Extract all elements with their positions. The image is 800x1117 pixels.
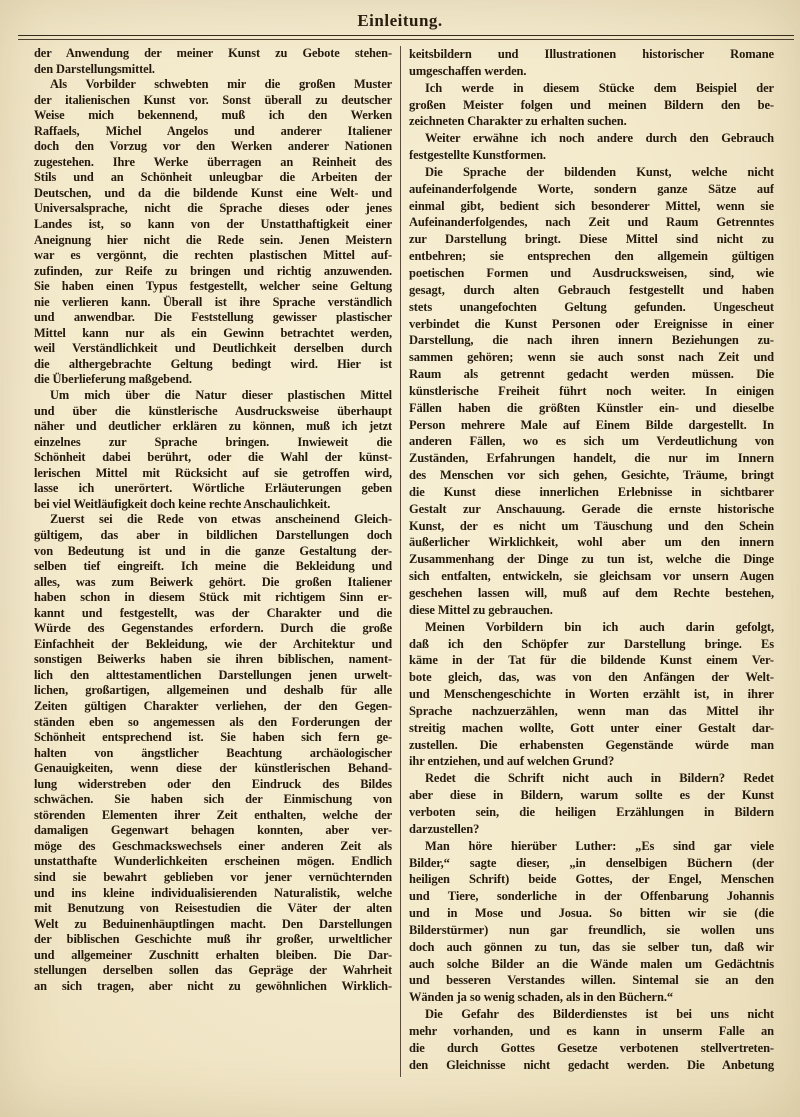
text-line: umgeschaffen werden. [409,63,774,80]
text-line: heiligen Schrift) beide Gottes, der Enge… [409,871,774,888]
text-line: Zusammenhang der Dinge zu tun ist, welch… [409,551,774,568]
text-line: Würde des Gegenstandes erfordern. Durch … [34,621,392,637]
text-line: sind sie bewahrt geblieben vor jener ver… [34,870,392,886]
text-line: der Anwendung der meiner Kunst zu Gebote… [34,46,392,62]
text-line: und besseren Verstandes willen. Sintemal… [409,972,774,989]
text-line: Fällen haben die größten Künstler ein- u… [409,400,774,417]
text-line: diese Mittel zu gebrauchen. [409,602,774,619]
text-line: der biblischen Geschichte muß ihr großer… [34,932,392,948]
text-line: künstlerische Freiheit führt noch weiter… [409,383,774,400]
text-line: die althergebrachte Geltung bedingt wird… [34,357,392,373]
text-line: lerischen Mittel mit Rücksicht auf sie g… [34,466,392,482]
text-line: darzustellen? [409,821,774,838]
text-line: aber diese in Bildern, warum sollte es d… [409,787,774,804]
text-line: Gestalt zur Anschauung. Gerade die ernst… [409,501,774,518]
text-line: zugestehen. Ihre Werke überragen an Rein… [34,155,392,171]
text-line: Die Sprache der bildenden Kunst, welche … [409,164,774,181]
text-line: zur Darstellung bringt. Diese Mittel sin… [409,231,774,248]
text-line: Welt zu Beduinenhäuptlingen macht. Den D… [34,917,392,933]
text-line: nie verlieren kann. Überall ist ihre Spr… [34,295,392,311]
text-line: Um mich über die Natur dieser plastische… [34,388,392,404]
text-line: selben tief eingreift. Ich meine die Bek… [34,559,392,575]
text-line: Universalsprache, nicht die Sprache dies… [34,201,392,217]
text-line: ständen eben so angemessen als den Forde… [34,715,392,731]
text-line: Ich werde in diesem Stücke dem Beispiel … [409,80,774,97]
text-line: Kunst, der es nicht um Täuschung und den… [409,518,774,535]
text-line: Landes ist, so kann von der Unstatthafti… [34,217,392,233]
text-line: streitig machen wollte, Gott unter einer… [409,720,774,737]
text-line: den Darstellungsmittel. [34,62,392,78]
text-line: Weiter erwähne ich noch andere durch den… [409,130,774,147]
text-line: doch den Vorzug vor den Werken anderer N… [34,139,392,155]
text-line: die durch Gottes Gesetze verbotenen stel… [409,1040,774,1057]
text-line: störenden Elementen ihrer Zeit enthalten… [34,808,392,824]
text-line: und in Mose und Josua. So bitten wir sie… [409,905,774,922]
text-line: Die Gefahr des Bilderdienstes ist bei un… [409,1006,774,1023]
text-line: Sie haben einen Typus festgestellt, welc… [34,279,392,295]
text-line: Darstellung, die nach ihren innern Bezie… [409,332,774,349]
text-column-left: der Anwendung der meiner Kunst zu Gebote… [34,46,392,994]
text-line: aufeinanderfolgende Worte, sondern ganze… [409,181,774,198]
text-line: bei viel Weitläufigkeit doch keine recht… [34,497,392,513]
text-line: lasse ich unerörtert. Wörtliche Erläuter… [34,481,392,497]
text-line: sich entfalten, entwickeln, sie gleichsa… [409,568,774,585]
text-line: damaligen Gegenwart behagen konnten, abe… [34,823,392,839]
text-line: gesagt, durch alten Gebrauch festgestell… [409,282,774,299]
text-line: Aufeinanderfolgendes, nach Zeit und Raum… [409,214,774,231]
text-line: entbehren; sie entsprechen den allgemein… [409,248,774,265]
text-line: und anwendbar. Die Feststellung gewisser… [34,310,392,326]
column-divider-rule [400,46,401,1077]
text-line: poetischen Formen und Ausdrucksweisen, s… [409,265,774,282]
text-line: Stils und an Schönheit unleugbar die Arb… [34,170,392,186]
text-line: Aneignung hier nicht die Rede sein. Jene… [34,233,392,249]
text-line: Zeiten gültigen Charakter verliehen, der… [34,699,392,715]
text-line: den Gleichnisse nicht gedacht werden. Di… [409,1057,774,1074]
text-line: Zuerst sei die Rede von etwas anscheinen… [34,512,392,528]
text-line: schwächen. Sie haben sich der Einmischun… [34,792,392,808]
text-line: Einfachheit der Bekleidung, wie der Arch… [34,637,392,653]
text-line: und Tiere, sonderliche in der Offenbarun… [409,888,774,905]
text-line: doch auch gönnen zu tun, das sie selber … [409,939,774,956]
text-line: mehr vorhanden, und es kann in unserm Fa… [409,1023,774,1040]
text-line: Bilderstürmer) nun gar freundlich, sie w… [409,922,774,939]
text-line: und über die künstlerische Ausdrucksweis… [34,404,392,420]
text-line: haben schon in diesem Stück mit richtige… [34,590,392,606]
text-line: großen Meister folgen und meinen Bildern… [409,97,774,114]
text-line: der italienischen Kunst vor. Sonst übera… [34,93,392,109]
text-line: ihr entziehen, und auf welchen Grund? [409,753,774,770]
text-line: Mittel kann nur als ein Gewinn betrachte… [34,326,392,342]
text-line: mit Benutzung von Reisestudien die Väter… [34,901,392,917]
text-line: die Überlieferung maßgebend. [34,372,392,388]
text-line: Wänden ja so wenig schaden, als in den B… [409,989,774,1006]
text-line: an sich tragen, aber nicht zu gewöhnlich… [34,979,392,995]
text-line: von Bedeutung ist und in die ganze Gesta… [34,544,392,560]
text-line: Raum als getrennt gedacht werden müssen.… [409,366,774,383]
text-line: war es vergönnt, die rechten plastischen… [34,248,392,264]
text-line: geschehen lassen will, muß auf dem Recht… [409,585,774,602]
text-line: Weise mich bekennend, muß ich den Werken [34,108,392,124]
text-line: des Menschen vor sich gehen, Gesichte, T… [409,467,774,484]
text-line: zustellen. Die erhabensten Gegenstände w… [409,737,774,754]
text-line: auch solche Bilder an die Wände malen um… [409,956,774,973]
text-line: alles, was zum Beiwerk gehört. Die große… [34,575,392,591]
text-line: sammen gehören; wenn sie auch sonst nach… [409,349,774,366]
text-line: kannt und festgestellt, was der Charakte… [34,606,392,622]
text-line: unstatthafte Wunderlichkeiten erscheinen… [34,854,392,870]
text-line: Raffaels, Michel Angelos und anderer Ita… [34,124,392,140]
text-line: Schönheit entsprechend ist. Sie haben si… [34,730,392,746]
text-line: halten von ängstlicher Beachtung archäol… [34,746,392,762]
text-line: verboten sein, die heiligen Erzählungen … [409,804,774,821]
text-line: Genauigkeiten, wenn diese der künstleris… [34,761,392,777]
text-line: zeichneten Charakter zu erhalten suchen. [409,113,774,130]
text-line: Redet die Schrift nicht auch in Bildern?… [409,770,774,787]
text-line: anderen Fällen, wo es sich um Verdeutlic… [409,433,774,450]
text-line: näher und deutlicher erklären zu können,… [34,419,392,435]
text-line: einzelnes zur Sprache bringen. Inwieweit… [34,435,392,451]
text-line: Bilder,“ sagte dieser, „in denselbigen B… [409,855,774,872]
text-line: Meinen Vorbildern bin ich auch darin gef… [409,619,774,636]
text-line: äußerlicher Wirklichkeit, wohl aber um d… [409,534,774,551]
text-line: und Menschengeschichte in Worten erzählt… [409,686,774,703]
text-line: einmal gibt, bedient sich besonderer Mit… [409,198,774,215]
text-column-right: keitsbildern und Illustrationen historis… [409,46,774,1073]
text-line: stellungen derselben sollen das Gepräge … [34,963,392,979]
text-line: die Kunst diese innerlichen Erlebnisse i… [409,484,774,501]
text-line: festgestellte Kunstformen. [409,147,774,164]
text-line: Sprache nachzuerzählen, wenn man das Mit… [409,703,774,720]
text-line: möge des Geschmackswechsels einer andere… [34,839,392,855]
text-line: lichen, großartigen, allgemeinen und des… [34,683,392,699]
text-line: Man höre hierüber Luther: „Es sind gar v… [409,838,774,855]
text-line: lung widerstreben oder den Eindruck des … [34,777,392,793]
text-line: keitsbildern und Illustrationen historis… [409,46,774,63]
page-header-title: Einleitung. [0,11,800,31]
text-line: Als Vorbilder schwebten mir die großen M… [34,77,392,93]
text-line: zufinden, zur Reife zu bringen und richt… [34,264,392,280]
book-page: Einleitung. der Anwendung der meiner Kun… [0,0,800,1117]
text-line: Zuständen, Erfahrungen handelt, die nur … [409,450,774,467]
text-line: Deutschen, und da die bildende Kunst ein… [34,186,392,202]
text-line: verbindet die Kunst Personen oder Ereign… [409,316,774,333]
text-line: und ins kleine individualisierenden Natu… [34,886,392,902]
text-line: käme in der Tat für die bildende Kunst e… [409,652,774,669]
text-line: Person mehrere Male auf Einem Bilde darg… [409,417,774,434]
text-line: und allgemeiner Zuschnitt erhalten bleib… [34,948,392,964]
header-rule [18,35,794,40]
text-line: weil Verständlichkeit und Deutlichkeit d… [34,341,392,357]
text-line: sonstigen Beiwerks haben sie ihren bibli… [34,652,392,668]
text-line: daß ich den Schöpfer zur Darstellung bri… [409,636,774,653]
text-line: bote gleich, das, was von den Anfängen d… [409,669,774,686]
text-line: stets unangefochten Geltung gefunden. Un… [409,299,774,316]
text-line: Schönheit dabei berührt, oder die Wahl d… [34,450,392,466]
text-line: gültigem, das aber in bildlichen Darstel… [34,528,392,544]
text-line: lich den alttestamentlichen Darstellunge… [34,668,392,684]
